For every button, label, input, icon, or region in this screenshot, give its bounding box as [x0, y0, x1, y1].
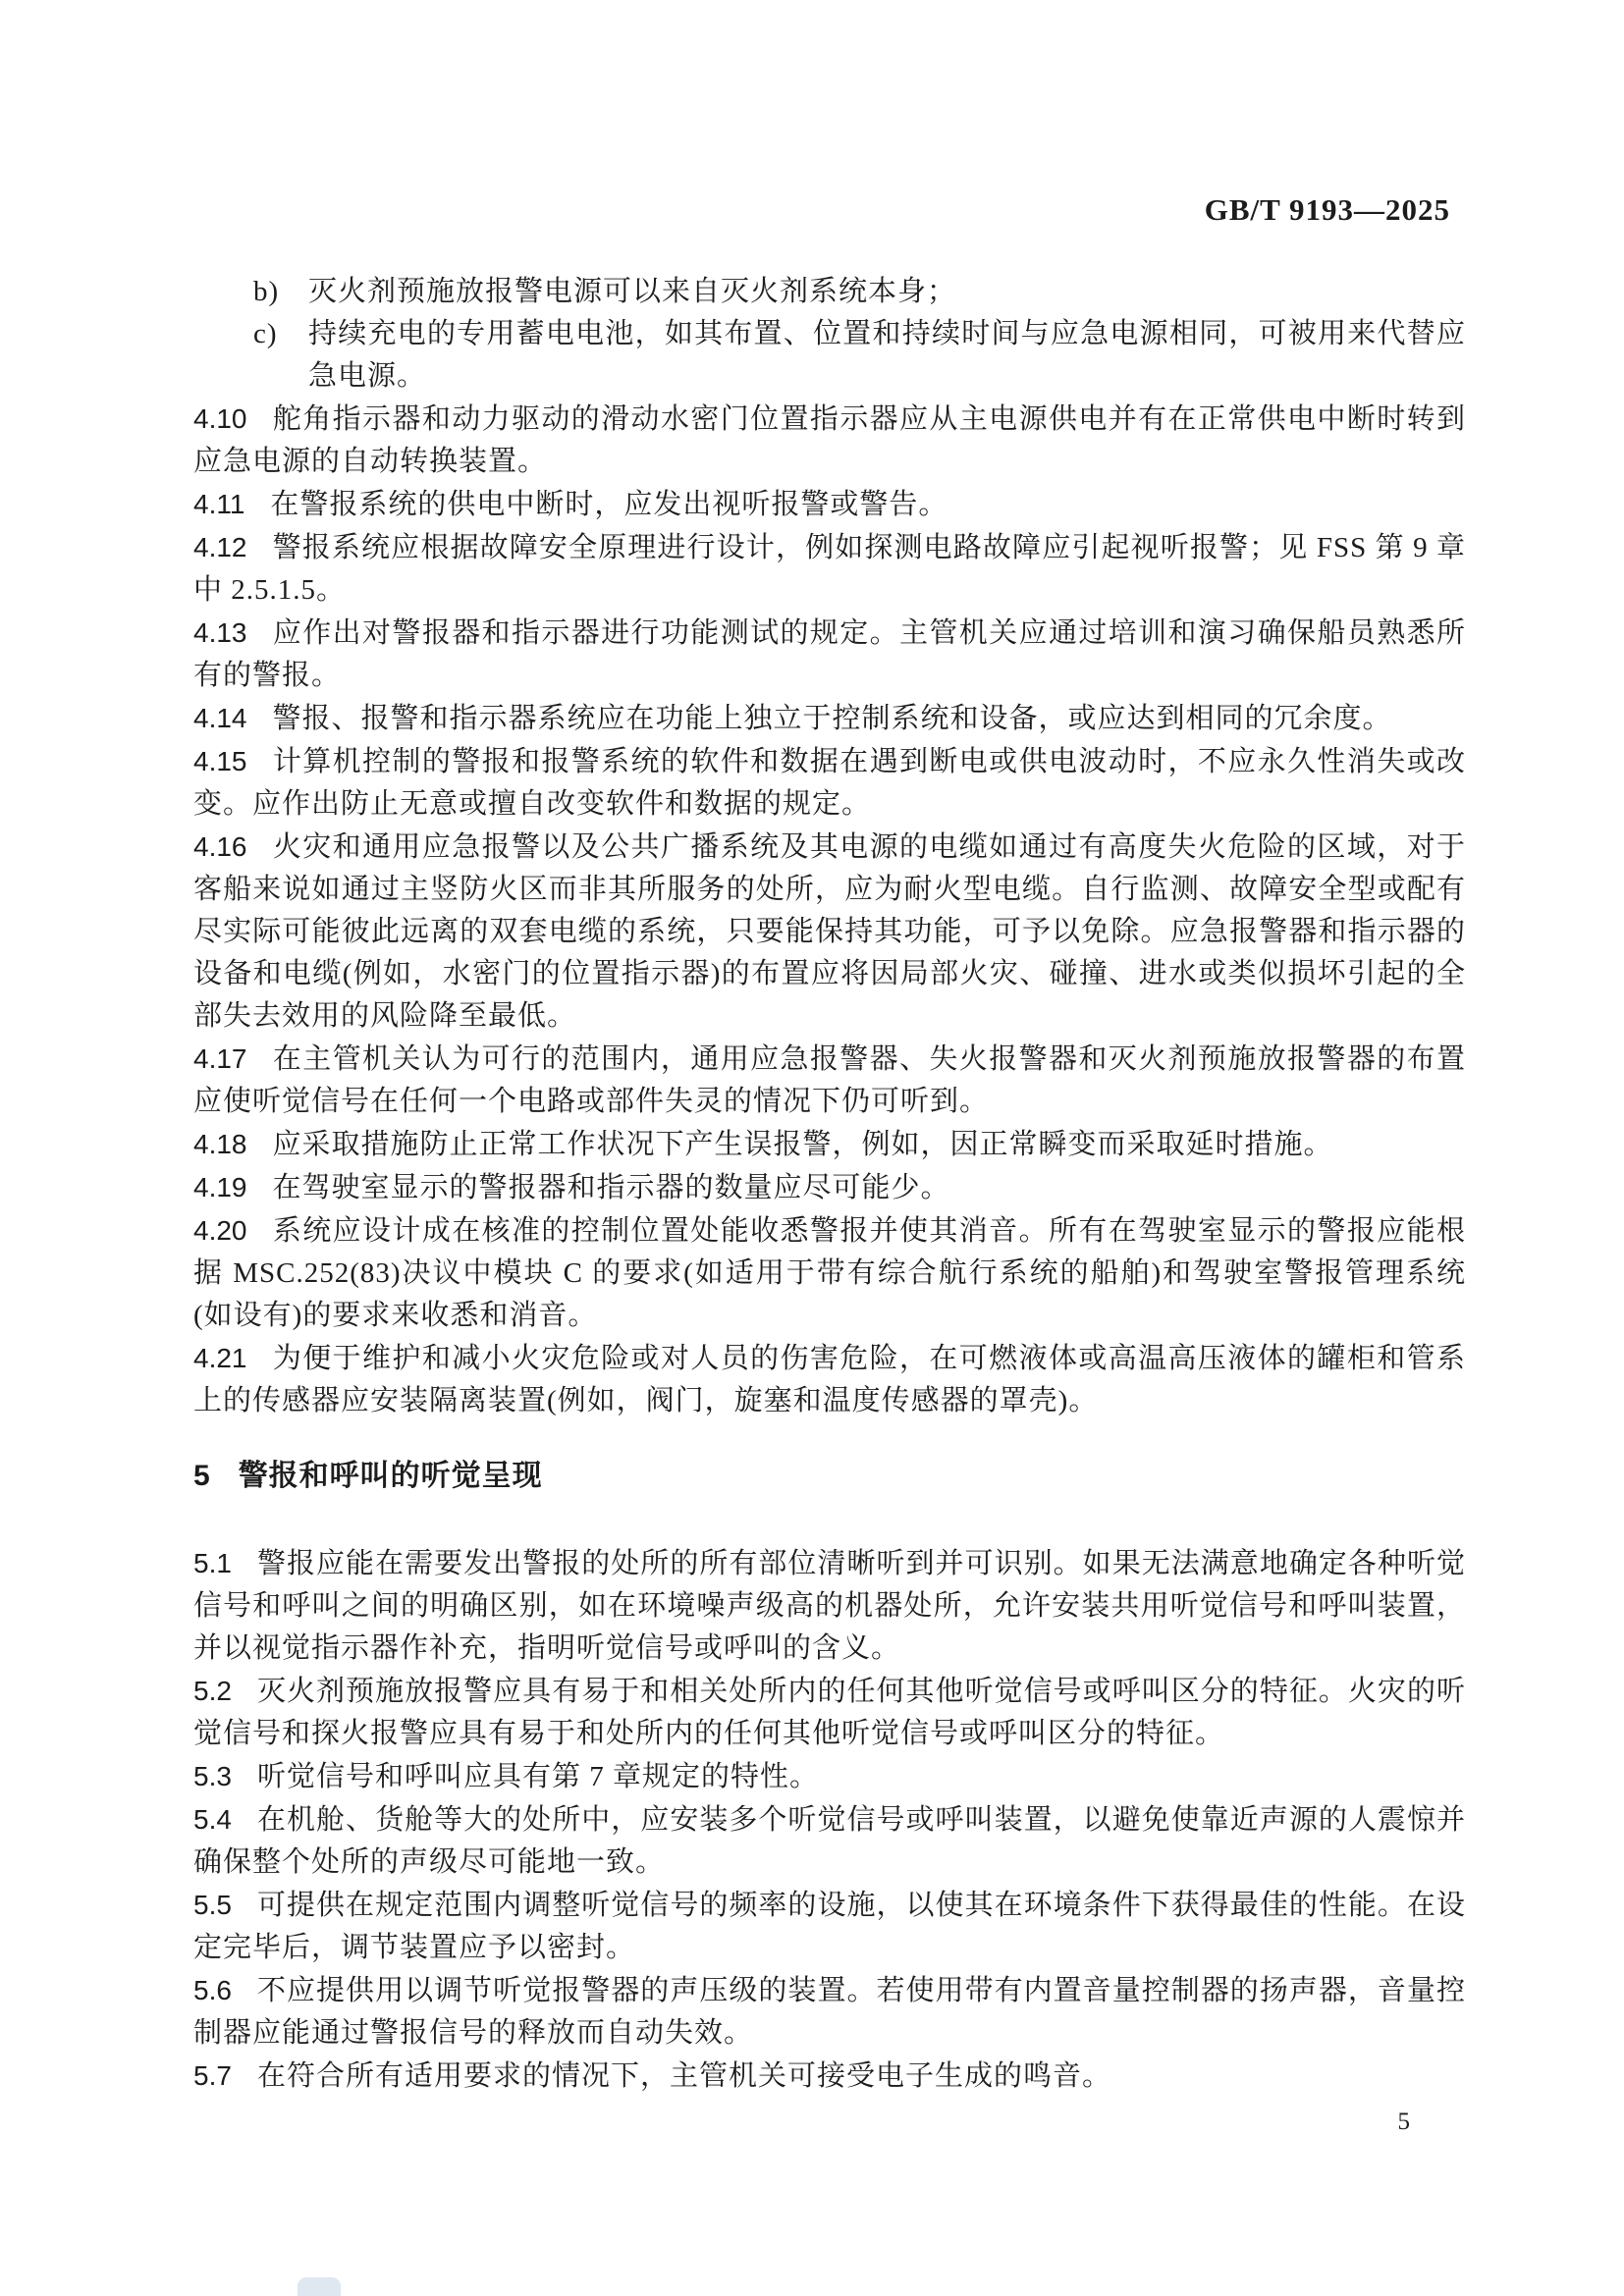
clause-text: 计算机控制的警报和报警系统的软件和数据在遇到断电或供电波动时，不应永久性消失或改… — [193, 746, 1466, 820]
section-number: 5 — [193, 1460, 211, 1492]
clause-text: 火灾和通用应急报警以及公共广播系统及其电源的电缆如通过有高度失火危险的区域，对于… — [193, 831, 1466, 1032]
clause-text: 可提供在规定范围内调整听觉信号的频率的设施，以使其在环境条件下获得最佳的性能。在… — [193, 1890, 1466, 1963]
clause-5-7: 5.7在符合所有适用要求的情况下，主管机关可接受电子生成的鸣音。 — [193, 2055, 1466, 2098]
list-marker: c) — [253, 313, 308, 398]
clause-text: 舵角指示器和动力驱动的滑动水密门位置指示器应从主电源供电并有在正常供电中断时转到… — [193, 403, 1466, 477]
clause-number: 4.15 — [193, 746, 247, 776]
clause-text: 不应提供用以调节听觉报警器的声压级的装置。若使用带有内置音量控制器的扬声器，音量… — [193, 1975, 1466, 2049]
clause-number: 4.18 — [193, 1129, 247, 1159]
clause-text: 听觉信号和呼叫应具有第 7 章规定的特性。 — [257, 1761, 819, 1792]
document-page: GB/T 9193—2025 b) 灭火剂预施放报警电源可以来自灭火剂系统本身；… — [0, 0, 1624, 2296]
clause-4-17: 4.17在主管机关认为可行的范围内，通用应急报警器、失火报警器和灭火剂预施放报警… — [193, 1038, 1466, 1123]
lettered-list: b) 灭火剂预施放报警电源可以来自灭火剂系统本身； c) 持续充电的专用蓄电电池… — [193, 271, 1466, 398]
clause-number: 4.16 — [193, 831, 247, 862]
clause-number: 4.10 — [193, 403, 247, 434]
section-title: 警报和呼叫的听觉呈现 — [239, 1460, 543, 1492]
clause-4-16: 4.16火灾和通用应急报警以及公共广播系统及其电源的电缆如通过有高度失火危险的区… — [193, 826, 1466, 1038]
list-item-b: b) 灭火剂预施放报警电源可以来自灭火剂系统本身； — [193, 271, 1466, 313]
scan-artifact-blob — [298, 2277, 341, 2296]
clause-text: 在警报系统的供电中断时，应发出视听报警或警告。 — [270, 489, 947, 520]
clause-text: 在主管机关认为可行的范围内，通用应急报警器、失火报警器和灭火剂预施放报警器的布置… — [193, 1043, 1466, 1117]
clause-4-12: 4.12警报系统应根据故障安全原理进行设计，例如探测电路故障应引起视听报警；见 … — [193, 526, 1466, 612]
clause-text: 应作出对警报器和指示器进行功能测试的规定。主管机关应通过培训和演习确保船员熟悉所… — [193, 617, 1466, 691]
clause-number: 5.3 — [193, 1761, 232, 1791]
clause-4-18: 4.18应采取措施防止正常工作状况下产生误报警，例如，因正常瞬变而采取延时措施。 — [193, 1123, 1466, 1166]
list-item-text: 灭火剂预施放报警电源可以来自灭火剂系统本身； — [308, 271, 1466, 313]
clause-text: 警报系统应根据故障安全原理进行设计，例如探测电路故障应引起视听报警；见 FSS … — [193, 532, 1466, 606]
page-content: GB/T 9193—2025 b) 灭火剂预施放报警电源可以来自灭火剂系统本身；… — [0, 194, 1624, 2137]
clause-number: 4.14 — [193, 703, 247, 733]
clause-text: 在机舱、货舱等大的处所中，应安装多个听觉信号或呼叫装置，以避免使靠近声源的人震惊… — [193, 1804, 1466, 1878]
clause-number: 5.4 — [193, 1804, 232, 1835]
list-item-text: 持续充电的专用蓄电电池，如其布置、位置和持续时间与应急电源相同，可被用来代替应急… — [308, 313, 1466, 398]
clause-text: 灭火剂预施放报警应具有易于和相关处所内的任何其他听觉信号或呼叫区分的特征。火灾的… — [193, 1676, 1466, 1749]
clause-text: 应采取措施防止正常工作状况下产生误报警，例如，因正常瞬变而采取延时措施。 — [273, 1129, 1333, 1160]
page-number: 5 — [193, 2108, 1466, 2137]
clause-5-6: 5.6不应提供用以调节听觉报警器的声压级的装置。若使用带有内置音量控制器的扬声器… — [193, 1969, 1466, 2055]
clause-number: 4.20 — [193, 1215, 247, 1246]
clause-number: 5.7 — [193, 2060, 232, 2091]
clause-4-14: 4.14警报、报警和指示器系统应在功能上独立于控制系统和设备，或应达到相同的冗余… — [193, 697, 1466, 740]
clause-5-1: 5.1警报应能在需要发出警报的处所的所有部位清晰听到并可识别。如果无法满意地确定… — [193, 1542, 1466, 1670]
clause-text: 在符合所有适用要求的情况下，主管机关可接受电子生成的鸣音。 — [257, 2060, 1111, 2092]
standard-code-header: GB/T 9193—2025 — [193, 194, 1466, 226]
clause-number: 5.1 — [193, 1548, 232, 1578]
section-5-heading: 5警报和呼叫的听觉呈现 — [193, 1455, 1466, 1498]
clause-5-3: 5.3听觉信号和呼叫应具有第 7 章规定的特性。 — [193, 1755, 1466, 1798]
clause-number: 4.21 — [193, 1343, 247, 1373]
clause-number: 4.13 — [193, 617, 247, 648]
clause-4-15: 4.15计算机控制的警报和报警系统的软件和数据在遇到断电或供电波动时，不应永久性… — [193, 740, 1466, 826]
list-marker: b) — [253, 271, 308, 313]
clause-4-13: 4.13应作出对警报器和指示器进行功能测试的规定。主管机关应通过培训和演习确保船… — [193, 612, 1466, 697]
clause-text: 在驾驶室显示的警报器和指示器的数量应尽可能少。 — [273, 1172, 950, 1203]
clause-number: 4.12 — [193, 532, 247, 562]
clause-text: 警报、报警和指示器系统应在功能上独立于控制系统和设备，或应达到相同的冗余度。 — [273, 703, 1392, 734]
clause-text: 系统应设计成在核准的控制位置处能收悉警报并使其消音。所有在驾驶室显示的警报应能根… — [193, 1215, 1466, 1331]
clause-text: 为便于维护和减小火灾危险或对人员的伤害危险，在可燃液体或高温高压液体的罐柜和管系… — [193, 1343, 1466, 1416]
clause-number: 4.11 — [193, 489, 244, 519]
clause-number: 5.6 — [193, 1975, 232, 2005]
clause-5-4: 5.4在机舱、货舱等大的处所中，应安装多个听觉信号或呼叫装置，以避免使靠近声源的… — [193, 1798, 1466, 1884]
list-item-c: c) 持续充电的专用蓄电电池，如其布置、位置和持续时间与应急电源相同，可被用来代… — [193, 313, 1466, 398]
clause-4-21: 4.21为便于维护和减小火灾危险或对人员的伤害危险，在可燃液体或高温高压液体的罐… — [193, 1337, 1466, 1422]
clause-number: 4.19 — [193, 1172, 247, 1202]
clause-4-11: 4.11在警报系统的供电中断时，应发出视听报警或警告。 — [193, 483, 1466, 526]
clause-4-19: 4.19在驾驶室显示的警报器和指示器的数量应尽可能少。 — [193, 1166, 1466, 1209]
clause-5-5: 5.5可提供在规定范围内调整听觉信号的频率的设施，以使其在环境条件下获得最佳的性… — [193, 1884, 1466, 1969]
clause-number: 5.5 — [193, 1890, 232, 1920]
clause-4-20: 4.20系统应设计成在核准的控制位置处能收悉警报并使其消音。所有在驾驶室显示的警… — [193, 1209, 1466, 1337]
clause-number: 4.17 — [193, 1043, 247, 1074]
clause-text: 警报应能在需要发出警报的处所的所有部位清晰听到并可识别。如果无法满意地确定各种听… — [193, 1548, 1466, 1664]
clause-number: 5.2 — [193, 1676, 232, 1706]
clause-5-2: 5.2灭火剂预施放报警应具有易于和相关处所内的任何其他听觉信号或呼叫区分的特征。… — [193, 1670, 1466, 1755]
clause-4-10: 4.10舵角指示器和动力驱动的滑动水密门位置指示器应从主电源供电并有在正常供电中… — [193, 398, 1466, 483]
